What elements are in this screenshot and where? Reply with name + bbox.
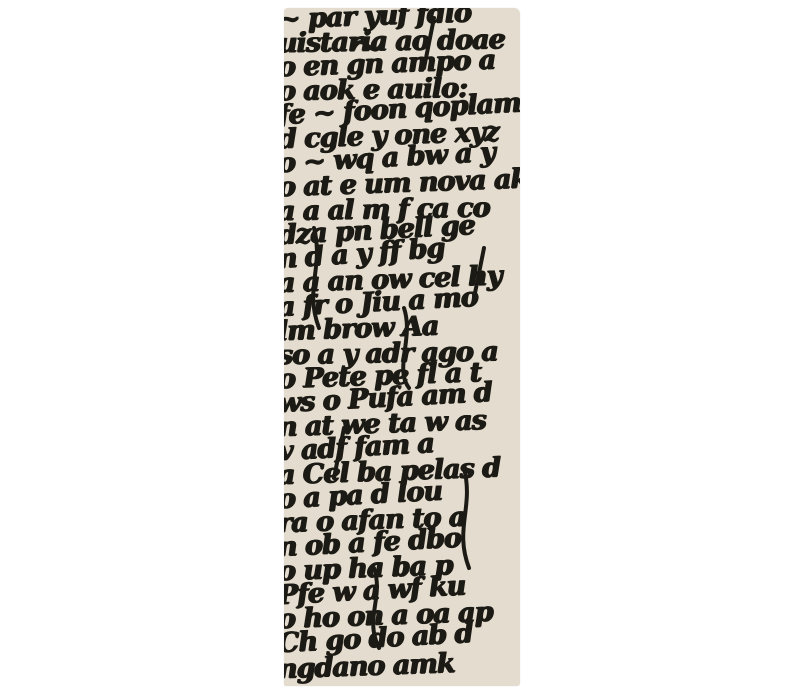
- ink-strokes: [284, 8, 520, 686]
- handwriting-rug: ~ par yuf fdlo uistaria ao doae o en gn …: [284, 8, 520, 686]
